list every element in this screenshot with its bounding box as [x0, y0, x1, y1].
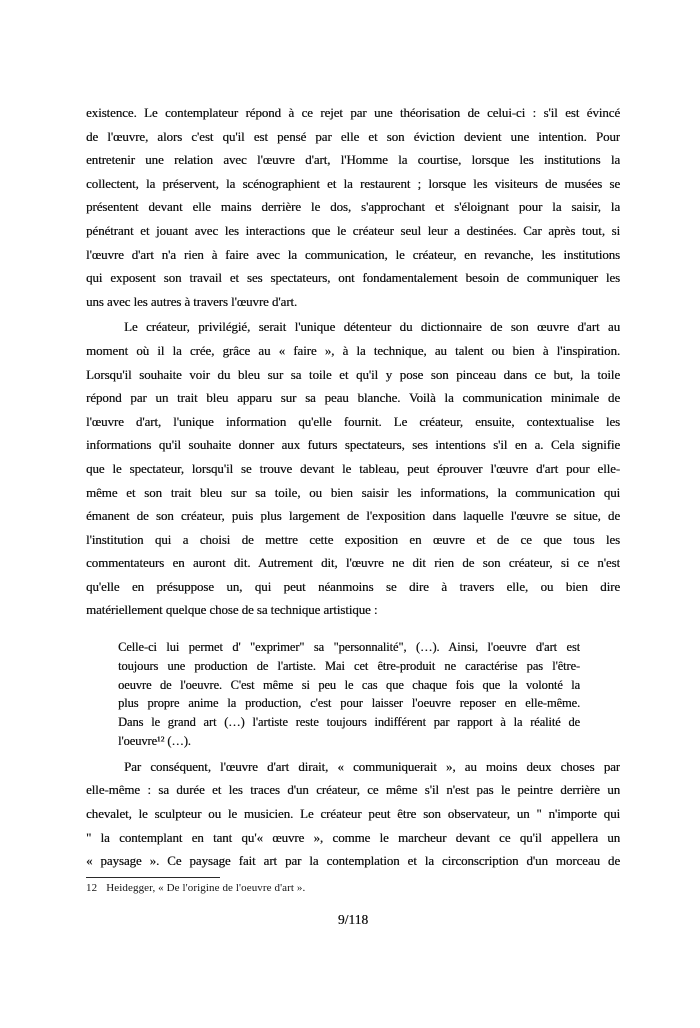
text-line: Celle-ci lui permet d' "exprimer" sa "pe…	[118, 638, 580, 657]
paragraph: Par conséquent, l'œuvre d'art dirait, « …	[86, 755, 620, 873]
page-number: 9/118	[86, 911, 620, 928]
text-line: répond par un trait bleu apparu sur sa p…	[86, 386, 620, 410]
text-line: qui exposent son travail et ses spectate…	[86, 266, 620, 290]
text-line: qu'elle en présuppose un, qui peut néanm…	[86, 575, 620, 599]
text-line: l'institution qui a choisi de mettre cet…	[86, 528, 620, 552]
paragraph: existence. Le contemplateur répond à ce …	[86, 101, 620, 313]
text-line: collectent, la préservent, la scénograph…	[86, 172, 620, 196]
text-line: même et son trait bleu sur sa toile, ou …	[86, 481, 620, 505]
text-line: chevalet, le sculpteur ou le musicien. L…	[86, 802, 620, 826]
paragraph: Le créateur, privilégié, serait l'unique…	[86, 315, 620, 622]
text-line: Lorsqu'il souhaite voir du bleu sur sa t…	[86, 363, 620, 387]
text-line: " la contemplant en tant qu'« œuvre », c…	[86, 826, 620, 850]
document-page: existence. Le contemplateur répond à ce …	[0, 0, 700, 1028]
text-line: entretenir une relation avec l'œuvre d'a…	[86, 148, 620, 172]
footnote-number: 12	[86, 882, 97, 894]
text-line: l'œuvre d'art n'a rien à faire avec la c…	[86, 243, 620, 267]
text-line: Dans le grand art (…) l'artiste reste to…	[118, 713, 580, 732]
text-line: commentateurs en auront dit. Autrement d…	[86, 551, 620, 575]
footnote: 12Heidegger, « De l'origine de l'oeuvre …	[86, 881, 620, 895]
text-line: émanent de son créateur, puis plus large…	[86, 504, 620, 528]
page-body-text: existence. Le contemplateur répond à ce …	[86, 101, 620, 873]
text-line: oeuvre de l'oeuvre. C'est même si peu le…	[118, 676, 580, 695]
text-line: matériellement quelque chose de sa techn…	[86, 598, 620, 622]
text-line: plus propre anime la production, c'est p…	[118, 694, 580, 713]
text-line: elle-même : sa durée et les traces d'un …	[86, 778, 620, 802]
text-line: l'oeuvre¹² (…).	[118, 732, 580, 751]
text-line: Le créateur, privilégié, serait l'unique…	[86, 315, 620, 339]
text-line: l'œuvre d'art, l'unique information qu'e…	[86, 410, 620, 434]
text-line: de l'œuvre, alors c'est qu'il est pensé …	[86, 125, 620, 149]
text-line: « paysage ». Ce paysage fait art par la …	[86, 849, 620, 873]
footnote-text: Heidegger, « De l'origine de l'oeuvre d'…	[106, 882, 305, 894]
text-line: toujours une production de l'artiste. Ma…	[118, 657, 580, 676]
text-line: uns avec les autres à travers l'œuvre d'…	[86, 290, 620, 314]
footnote-separator	[86, 877, 220, 878]
footnote-area: 12Heidegger, « De l'origine de l'oeuvre …	[86, 877, 620, 928]
text-line: pénétrant et jouant avec les interaction…	[86, 219, 620, 243]
text-line: existence. Le contemplateur répond à ce …	[86, 101, 620, 125]
text-line: que le spectateur, lorsqu'il se trouve d…	[86, 457, 620, 481]
block-quote: Celle-ci lui permet d' "exprimer" sa "pe…	[118, 638, 580, 751]
text-line: présentent devant elle mains derrière le…	[86, 195, 620, 219]
text-line: informations qu'il souhaite donner aux f…	[86, 433, 620, 457]
text-line: Par conséquent, l'œuvre d'art dirait, « …	[86, 755, 620, 779]
text-line: moment où il la crée, grâce au « faire »…	[86, 339, 620, 363]
